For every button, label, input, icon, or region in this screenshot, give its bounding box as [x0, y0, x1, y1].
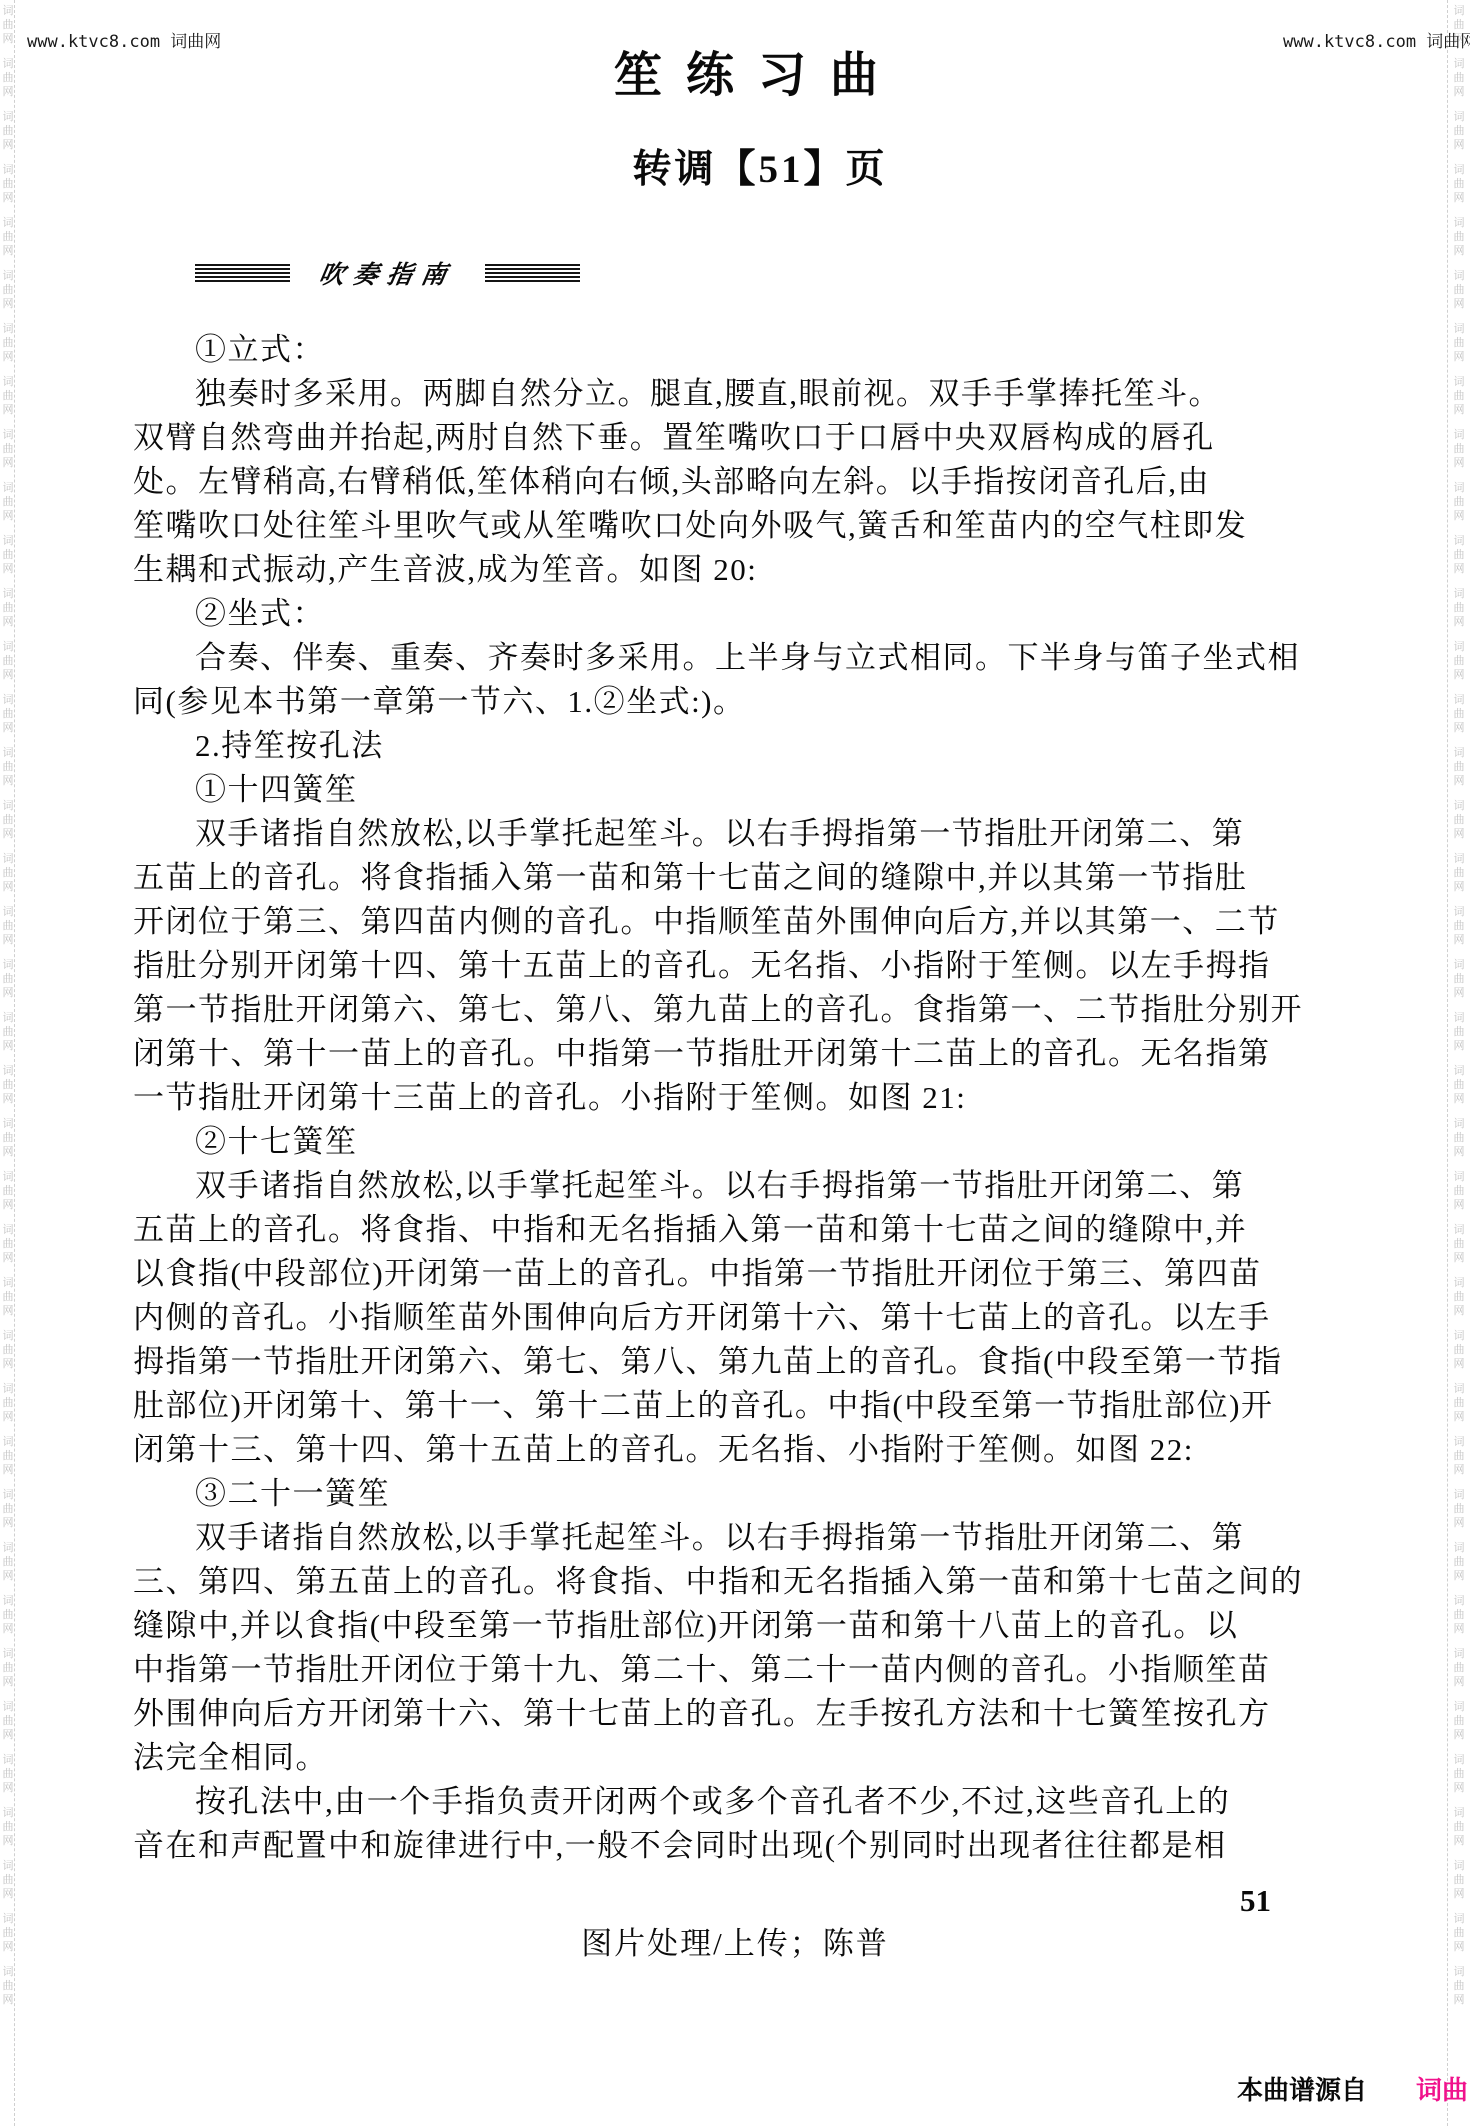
side-watermark-text: 词曲网 — [1, 1753, 15, 1795]
body-text: ①立式：独奏时多采用。两脚自然分立。腿直,腰直,眼前视。双手手掌捧托笙斗。双臂自… — [133, 328, 1355, 1868]
footer-credit: 图片处理/上传；陈普 — [0, 1918, 1470, 1963]
ornament-lines-left-icon — [195, 264, 290, 282]
side-watermark-text: 词曲网 — [1452, 481, 1466, 523]
side-watermark-text: 词曲网 — [1452, 1647, 1466, 1689]
body-text-line: 独奏时多采用。两脚自然分立。腿直,腰直,眼前视。双手手掌捧托笙斗。 — [133, 372, 1355, 416]
body-text-line: 双手诸指自然放松,以手掌托起笙斗。以右手拇指第一节指肚开闭第二、第 — [133, 1164, 1355, 1208]
side-watermark-text: 词曲网 — [1452, 587, 1466, 629]
body-text-line: ①立式： — [133, 328, 1355, 372]
side-watermark-text: 词曲网 — [1452, 1435, 1466, 1477]
side-watermark-text: 词曲网 — [1, 1223, 15, 1265]
body-text-line: 以食指(中段部位)开闭第一苗上的音孔。中指第一节指肚开闭位于第三、第四苗 — [133, 1252, 1355, 1296]
side-watermark-text: 词曲网 — [1452, 1965, 1466, 2007]
side-watermark-text: 词曲网 — [1452, 1223, 1466, 1265]
side-watermark-text: 词曲网 — [1452, 1170, 1466, 1212]
side-watermark-text: 词曲网 — [1, 1170, 15, 1212]
side-watermark-text: 词曲网 — [1452, 905, 1466, 947]
side-watermark-text: 词曲网 — [1452, 1594, 1466, 1636]
side-watermark-text: 词曲网 — [1452, 1700, 1466, 1742]
page-title: 笙练习曲 — [0, 36, 1470, 105]
side-watermark-text: 词曲网 — [1452, 640, 1466, 682]
side-watermark-text: 词曲网 — [1, 1117, 15, 1159]
side-watermark-text: 词曲网 — [1, 746, 15, 788]
side-watermark-text: 词曲网 — [1, 481, 15, 523]
scanned-sheet-music-page: 词曲网词曲网词曲网词曲网词曲网词曲网词曲网词曲网词曲网词曲网词曲网词曲网词曲网词… — [0, 0, 1470, 2126]
body-text-line: 五苗上的音孔。将食指插入第一苗和第十七苗之间的缝隙中,并以其第一节指肚 — [133, 856, 1355, 900]
side-watermark-text: 词曲网 — [1, 375, 15, 417]
body-text-line: 双手诸指自然放松,以手掌托起笙斗。以右手拇指第一节指肚开闭第二、第 — [133, 812, 1355, 856]
body-text-line: ①十四簧笙 — [133, 768, 1355, 812]
side-watermark-text: 词曲网 — [1, 693, 15, 735]
side-watermark-text: 词曲网 — [1, 1806, 15, 1848]
body-text-line: 一节指肚开闭第十三苗上的音孔。小指附于笙侧。如图 21: — [133, 1076, 1355, 1120]
body-text-line: 闭第十三、第十四、第十五苗上的音孔。无名指、小指附于笙侧。如图 22: — [133, 1428, 1355, 1472]
body-text-line: 闭第十、第十一苗上的音孔。中指第一节指肚开闭第十二苗上的音孔。无名指第 — [133, 1032, 1355, 1076]
body-text-line: 开闭位于第三、第四苗内侧的音孔。中指顺笙苗外围伸向后方,并以其第一、二节 — [133, 900, 1355, 944]
body-text-line: 肚部位)开闭第十、第十一、第十二苗上的音孔。中指(中段至第一节指肚部位)开 — [133, 1384, 1355, 1428]
body-text-line: ②十七簧笙 — [133, 1120, 1355, 1164]
body-text-line: 法完全相同。 — [133, 1736, 1355, 1780]
body-text-line: 第一节指肚开闭第六、第七、第八、第九苗上的音孔。食指第一、二节指肚分别开 — [133, 988, 1355, 1032]
side-watermark-text: 词曲网 — [1, 269, 15, 311]
body-text-line: 2.持笙按孔法 — [133, 724, 1355, 768]
side-watermark-text: 词曲网 — [1452, 534, 1466, 576]
side-watermark-text: 词曲网 — [1452, 1382, 1466, 1424]
source-site-name: 词曲网 — [1416, 2070, 1470, 2107]
side-watermark-text: 词曲网 — [1452, 428, 1466, 470]
side-watermark-text: 词曲网 — [1, 1435, 15, 1477]
page-number: 51 — [1240, 1883, 1271, 1919]
source-attribution: 本曲谱源自 词曲网 — [1237, 2070, 1470, 2107]
side-watermark-text: 词曲网 — [1452, 693, 1466, 735]
side-watermark-text: 词曲网 — [1, 1541, 15, 1583]
body-text-line: 双臂自然弯曲并抬起,两肘自然下垂。置笙嘴吹口于口唇中央双唇构成的唇孔 — [133, 416, 1355, 460]
ornament-label: 吹奏指南 — [287, 255, 488, 291]
side-watermark-text: 词曲网 — [1, 216, 15, 258]
body-text-line: 中指第一节指肚开闭位于第十九、第二十、第二十一苗内侧的音孔。小指顺笙苗 — [133, 1648, 1355, 1692]
side-watermark-text: 词曲网 — [1, 1488, 15, 1530]
side-watermark-text: 词曲网 — [1, 322, 15, 364]
body-text-line: 拇指第一节指肚开闭第六、第七、第八、第九苗上的音孔。食指(中段至第一节指 — [133, 1340, 1355, 1384]
side-watermark-text: 词曲网 — [1, 799, 15, 841]
side-watermark-text: 词曲网 — [1, 1859, 15, 1901]
body-text-line: 按孔法中,由一个手指负责开闭两个或多个音孔者不少,不过,这些音孔上的 — [133, 1780, 1355, 1824]
body-text-line: 音在和声配置中和旋律进行中,一般不会同时出现(个别同时出现者往往都是相 — [133, 1824, 1355, 1868]
body-text-line: 同(参见本书第一章第一节六、1.②坐式:)。 — [133, 680, 1355, 724]
side-watermark-text: 词曲网 — [1, 1965, 15, 2007]
side-watermark-text: 词曲网 — [1, 640, 15, 682]
body-text-line: 处。左臂稍高,右臂稍低,笙体稍向右倾,头部略向左斜。以手指按闭音孔后,由 — [133, 460, 1355, 504]
side-watermark-text: 词曲网 — [1, 1011, 15, 1053]
page-subtitle: 转调【51】页 — [0, 138, 1470, 194]
right-dashed-border — [1447, 0, 1448, 2126]
ornament-lines-right-icon — [485, 264, 580, 282]
side-watermark-text: 词曲网 — [1452, 1329, 1466, 1371]
section-ornament: 吹奏指南 — [195, 258, 580, 288]
side-watermark-text: 词曲网 — [1452, 322, 1466, 364]
side-watermark-text: 词曲网 — [1452, 799, 1466, 841]
right-side-watermark-column: 词曲网词曲网词曲网词曲网词曲网词曲网词曲网词曲网词曲网词曲网词曲网词曲网词曲网词… — [1452, 4, 1466, 2126]
side-watermark-text: 词曲网 — [1452, 852, 1466, 894]
side-watermark-text: 词曲网 — [1452, 1806, 1466, 1848]
side-watermark-text: 词曲网 — [1452, 1011, 1466, 1053]
body-text-line: ③二十一簧笙 — [133, 1472, 1355, 1516]
side-watermark-text: 词曲网 — [1452, 1859, 1466, 1901]
side-watermark-text: 词曲网 — [1, 1594, 15, 1636]
body-text-line: 缝隙中,并以食指(中段至第一节指肚部位)开闭第一苗和第十八苗上的音孔。以 — [133, 1604, 1355, 1648]
side-watermark-text: 词曲网 — [1, 1064, 15, 1106]
side-watermark-text: 词曲网 — [1452, 375, 1466, 417]
side-watermark-text: 词曲网 — [1, 852, 15, 894]
body-text-line: 笙嘴吹口处往笙斗里吹气或从笙嘴吹口处向外吸气,簧舌和笙苗内的空气柱即发 — [133, 504, 1355, 548]
side-watermark-text: 词曲网 — [1, 428, 15, 470]
body-text-line: 五苗上的音孔。将食指、中指和无名指插入第一苗和第十七苗之间的缝隙中,并 — [133, 1208, 1355, 1252]
body-text-line: 双手诸指自然放松,以手掌托起笙斗。以右手拇指第一节指肚开闭第二、第 — [133, 1516, 1355, 1560]
source-label: 本曲谱源自 — [1237, 2070, 1367, 2107]
side-watermark-text: 词曲网 — [1, 1329, 15, 1371]
side-watermark-text: 词曲网 — [1452, 1753, 1466, 1795]
side-watermark-text: 词曲网 — [1452, 746, 1466, 788]
left-side-watermark-column: 词曲网词曲网词曲网词曲网词曲网词曲网词曲网词曲网词曲网词曲网词曲网词曲网词曲网词… — [1, 4, 15, 2126]
side-watermark-text: 词曲网 — [1, 1700, 15, 1742]
side-watermark-text: 词曲网 — [1, 958, 15, 1000]
body-text-line: 生耦和式振动,产生音波,成为笙音。如图 20: — [133, 548, 1355, 592]
side-watermark-text: 词曲网 — [1, 534, 15, 576]
body-text-line: 外围伸向后方开闭第十六、第十七苗上的音孔。左手按孔方法和十七簧笙按孔方 — [133, 1692, 1355, 1736]
side-watermark-text: 词曲网 — [1, 1382, 15, 1424]
left-dashed-border — [14, 0, 15, 2126]
side-watermark-text: 词曲网 — [1, 905, 15, 947]
side-watermark-text: 词曲网 — [1452, 958, 1466, 1000]
side-watermark-text: 词曲网 — [1452, 269, 1466, 311]
side-watermark-text: 词曲网 — [1452, 1117, 1466, 1159]
body-text-line: 合奏、伴奏、重奏、齐奏时多采用。上半身与立式相同。下半身与笛子坐式相 — [133, 636, 1355, 680]
body-text-line: ②坐式： — [133, 592, 1355, 636]
side-watermark-text: 词曲网 — [1452, 1064, 1466, 1106]
side-watermark-text: 词曲网 — [1452, 1276, 1466, 1318]
side-watermark-text: 词曲网 — [1, 1276, 15, 1318]
side-watermark-text: 词曲网 — [1452, 1488, 1466, 1530]
side-watermark-text: 词曲网 — [1452, 216, 1466, 258]
side-watermark-text: 词曲网 — [1452, 1541, 1466, 1583]
side-watermark-text: 词曲网 — [1, 1647, 15, 1689]
side-watermark-text: 词曲网 — [1, 587, 15, 629]
body-text-line: 内侧的音孔。小指顺笙苗外围伸向后方开闭第十六、第十七苗上的音孔。以左手 — [133, 1296, 1355, 1340]
body-text-line: 三、第四、第五苗上的音孔。将食指、中指和无名指插入第一苗和第十七苗之间的 — [133, 1560, 1355, 1604]
body-text-line: 指肚分别开闭第十四、第十五苗上的音孔。无名指、小指附于笙侧。以左手拇指 — [133, 944, 1355, 988]
